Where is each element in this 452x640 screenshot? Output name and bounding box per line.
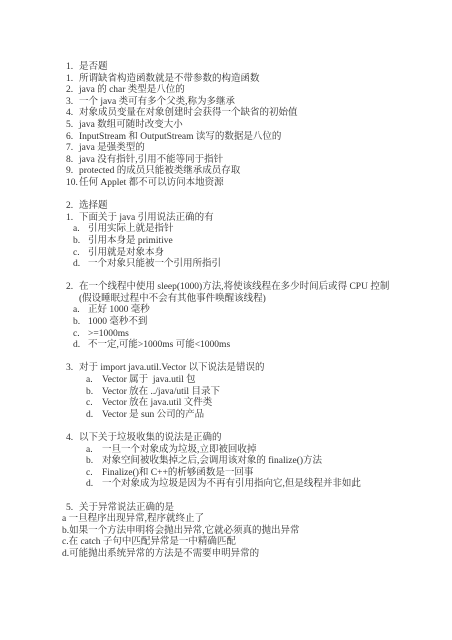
- option-text: 一个对象成为垃圾是因为不再有引用指向它,但是线程并非如此: [102, 479, 396, 491]
- question-row: 2. 在一个线程中使用 sleep(1000)方法,将使该线程在多少时间后或得 …: [66, 282, 396, 305]
- option-row: c. Vector 放在 java.util 文件类: [86, 398, 396, 410]
- item-number: 2.: [66, 85, 79, 97]
- question-number: 3.: [66, 363, 79, 375]
- option-row: a. 正好 1000 毫秒: [73, 305, 396, 317]
- question-text: 以下关于垃圾收集的说法是正确的: [79, 433, 396, 445]
- option-letter: b.: [73, 236, 88, 248]
- option-text: 1000 毫秒不到: [88, 317, 396, 329]
- item-text: java 的 char 类型是八位的: [79, 85, 396, 97]
- section-number: 1.: [66, 62, 79, 74]
- document-content: 1. 是否题 1. 所谓缺省构造函数就是不带参数的构造函数 2. java 的 …: [66, 62, 396, 561]
- question-number: 1.: [66, 213, 79, 225]
- option-text: Vector 放在 java.util 文件类: [102, 398, 396, 410]
- question-row: 3. 对于 import java.util.Vector 以下说法是错误的: [66, 363, 396, 375]
- section-title: 是否题: [79, 62, 396, 74]
- item-text: InputStream 和 OutputStream 读写的数据是八位的: [79, 132, 396, 144]
- option-letter: c.: [86, 468, 102, 480]
- option-text: 引用实际上就是指针: [88, 224, 396, 236]
- question-row: 1. 下面关于 java 引用说法正确的有: [66, 213, 396, 225]
- tf-item: 5. java 数组可随时改变大小: [66, 120, 396, 132]
- tf-item: 7. java 是强类型的: [66, 143, 396, 155]
- option-row: c. 引用就是对象本身: [73, 248, 396, 260]
- option-letter: d.: [86, 479, 102, 491]
- option-text: 引用本身是 primitive: [88, 236, 396, 248]
- option-text: 对象空间被收集掉之后,会调用该对象的 finalize()方法: [102, 456, 396, 468]
- option-letter: a.: [73, 305, 88, 317]
- item-number: 5.: [66, 120, 79, 132]
- option-row: a. 一旦一个对象成为垃圾,立即被回收掉: [86, 445, 396, 457]
- option-row: b. 1000 毫秒不到: [73, 317, 396, 329]
- option-text: Vector 属于 java.util 包: [102, 375, 396, 387]
- section-title: 选择题: [79, 201, 396, 213]
- option-letter: a.: [86, 375, 102, 387]
- choice-question-1: 1. 下面关于 java 引用说法正确的有 a. 引用实际上就是指针 b. 引用…: [66, 213, 396, 271]
- option-row: d. Vector 是 sun 公司的产品: [86, 410, 396, 422]
- option-row: b. 对象空间被收集掉之后,会调用该对象的 finalize()方法: [86, 456, 396, 468]
- option-row: d. 不一定,可能>1000ms 可能<1000ms: [73, 340, 396, 352]
- choice-question-3: 3. 对于 import java.util.Vector 以下说法是错误的 a…: [66, 363, 396, 421]
- question-text: 下面关于 java 引用说法正确的有: [79, 213, 396, 225]
- option-text: Vector 放在 ../java/util 目录下: [102, 387, 396, 399]
- option-letter: c.: [86, 398, 102, 410]
- tf-item: 1. 所谓缺省构造函数就是不带参数的构造函数: [66, 74, 396, 86]
- question-text: 关于异常说法正确的是: [79, 503, 396, 515]
- item-number: 9.: [66, 166, 79, 178]
- document-page: 1. 是否题 1. 所谓缺省构造函数就是不带参数的构造函数 2. java 的 …: [0, 0, 452, 640]
- item-number: 8.: [66, 155, 79, 167]
- item-text: 对象成员变量在对象创建时会获得一个缺省的初始值: [79, 108, 396, 120]
- item-text: 任何 Applet 都不可以访问本地资源: [79, 178, 396, 190]
- item-number: 1.: [66, 74, 79, 86]
- option-row: a. 引用实际上就是指针: [73, 224, 396, 236]
- item-text: 一个 java 类可有多个父类,称为多继承: [79, 97, 396, 109]
- option-row: c. >=1000ms: [73, 329, 396, 341]
- question-row: 4. 以下关于垃圾收集的说法是正确的: [66, 433, 396, 445]
- option-text: 正好 1000 毫秒: [88, 305, 396, 317]
- option-row: a. Vector 属于 java.util 包: [86, 375, 396, 387]
- tf-item: 3. 一个 java 类可有多个父类,称为多继承: [66, 97, 396, 109]
- option-letter: a.: [73, 224, 88, 236]
- option-text: 一旦一个对象成为垃圾,立即被回收掉: [102, 445, 396, 457]
- tf-item: 2. java 的 char 类型是八位的: [66, 85, 396, 97]
- option-text: >=1000ms: [88, 329, 396, 341]
- item-number: 7.: [66, 143, 79, 155]
- item-number: 6.: [66, 132, 79, 144]
- option-row: d. 一个对象成为垃圾是因为不再有引用指向它,但是线程并非如此: [86, 479, 396, 491]
- item-number: 3.: [66, 97, 79, 109]
- question-text: 在一个线程中使用 sleep(1000)方法,将使该线程在多少时间后或得 CPU…: [79, 282, 396, 305]
- option-letter: d.: [86, 410, 102, 422]
- question-text: 对于 import java.util.Vector 以下说法是错误的: [79, 363, 396, 375]
- option-letter: d.: [73, 340, 88, 352]
- item-text: java 没有指针,引用不能等同于指针: [79, 155, 396, 167]
- option-letter: a.: [86, 445, 102, 457]
- option-letter: c.: [73, 248, 88, 260]
- question-number: 4.: [66, 433, 79, 445]
- option-letter: c.: [73, 329, 88, 341]
- option-letter: d.: [73, 259, 88, 271]
- question-number: 5.: [66, 503, 79, 515]
- option-row: b.如果一个方法申明将会抛出异常,它就必须真的抛出异常: [62, 526, 396, 538]
- tf-item: 9. protected 的成员只能被类继承成员存取: [66, 166, 396, 178]
- item-number: 10.: [66, 178, 79, 190]
- option-text: 引用就是对象本身: [88, 248, 396, 260]
- option-letter: b.: [86, 387, 102, 399]
- item-text: protected 的成员只能被类继承成员存取: [79, 166, 396, 178]
- question-row: 5. 关于异常说法正确的是: [66, 503, 396, 515]
- item-text: java 是强类型的: [79, 143, 396, 155]
- option-text: 不一定,可能>1000ms 可能<1000ms: [88, 340, 396, 352]
- option-row: c. Finalize()和 C++的析够函数是一回事: [86, 468, 396, 480]
- tf-item: 6. InputStream 和 OutputStream 读写的数据是八位的: [66, 132, 396, 144]
- option-letter: b.: [73, 317, 88, 329]
- item-text: java 数组可随时改变大小: [79, 120, 396, 132]
- tf-item: 8. java 没有指针,引用不能等同于指针: [66, 155, 396, 167]
- option-row: d. 一个对象只能被一个引用所指引: [73, 259, 396, 271]
- option-letter: b.: [86, 456, 102, 468]
- choice-question-4: 4. 以下关于垃圾收集的说法是正确的 a. 一旦一个对象成为垃圾,立即被回收掉 …: [66, 433, 396, 491]
- option-row: a 一旦程序出现异常,程序就终止了: [62, 514, 396, 526]
- option-row: c.在 catch 子句中匹配异常是一中精确匹配: [62, 537, 396, 549]
- item-text: 所谓缺省构造函数就是不带参数的构造函数: [79, 74, 396, 86]
- option-text: Vector 是 sun 公司的产品: [102, 410, 396, 422]
- option-row: b. Vector 放在 ../java/util 目录下: [86, 387, 396, 399]
- option-row: d.可能抛出系统异常的方法是不需要申明异常的: [62, 549, 396, 561]
- section-number: 2.: [66, 201, 79, 213]
- option-row: b. 引用本身是 primitive: [73, 236, 396, 248]
- question-number: 2.: [66, 282, 79, 294]
- option-text: Finalize()和 C++的析够函数是一回事: [102, 468, 396, 480]
- choice-question-2: 2. 在一个线程中使用 sleep(1000)方法,将使该线程在多少时间后或得 …: [66, 282, 396, 352]
- section-1-header: 1. 是否题: [66, 62, 396, 74]
- choice-question-5: 5. 关于异常说法正确的是 a 一旦程序出现异常,程序就终止了 b.如果一个方法…: [66, 503, 396, 561]
- option-text: 一个对象只能被一个引用所指引: [88, 259, 396, 271]
- tf-item: 10. 任何 Applet 都不可以访问本地资源: [66, 178, 396, 190]
- item-number: 4.: [66, 108, 79, 120]
- tf-item: 4. 对象成员变量在对象创建时会获得一个缺省的初始值: [66, 108, 396, 120]
- section-2-header: 2. 选择题: [66, 201, 396, 213]
